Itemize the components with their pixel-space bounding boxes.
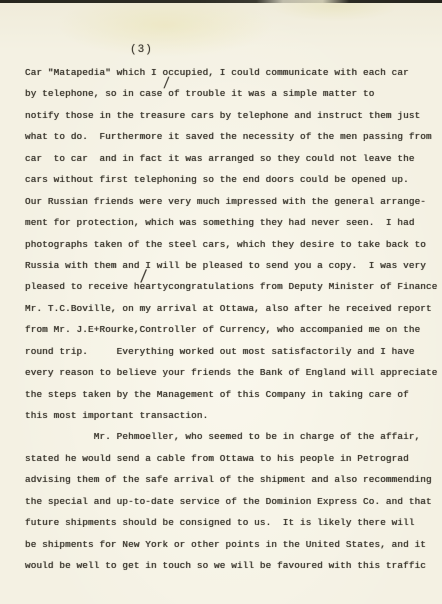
typed-line: every reason to believe your friends the… [25,362,437,383]
typed-line: what to do. Furthermore it saved the nec… [25,126,437,147]
typed-line: the special and up-to-date service of th… [25,491,437,512]
typed-line: Russia with them and I will be pleased t… [25,255,437,276]
letter-body: Car "Matapedia" which I occupied, I coul… [25,62,437,577]
typed-line: photographs taken of the steel cars, whi… [25,234,437,255]
typed-line: from Mr. J.E+Rourke,Controller of Curren… [25,319,437,340]
typed-line: Our Russian friends were very much impre… [25,191,437,212]
letter-page-scan: (3) Car "Matapedia" which I occupied, I … [0,0,442,604]
typed-line: be shipments for New York or other point… [25,534,437,555]
page-number: (3) [130,44,153,56]
typed-line: advising them of the safe arrival of the… [25,469,437,490]
typed-line: round trip. Everything worked out most s… [25,341,437,362]
typed-line: this most important transaction. [25,405,437,426]
typed-line: stated he would send a cable from Ottawa… [25,448,437,469]
typed-line: car to car and in fact it was arranged s… [25,148,437,169]
typed-line: would be well to get in touch so we will… [25,555,437,576]
typed-line: pleased to receive heartycongratulations… [25,276,437,297]
typed-line: future shipments should be consigned to … [25,512,437,533]
scan-edge-top [0,0,442,3]
typed-line: Mr. Pehmoeller, who seemed to be in char… [25,426,437,447]
typed-line: by telephone, so in case of trouble it w… [25,83,437,104]
typed-line: Car "Matapedia" which I occupied, I coul… [25,62,437,83]
typed-line: Mr. T.C.Boville, on my arrival at Ottawa… [25,298,437,319]
typed-line: ment for protection, which was something… [25,212,437,233]
typed-line: cars without first telephoning so the en… [25,169,437,190]
typed-line: the steps taken by the Management of thi… [25,384,437,405]
typed-line: notify those in the treasure cars by tel… [25,105,437,126]
